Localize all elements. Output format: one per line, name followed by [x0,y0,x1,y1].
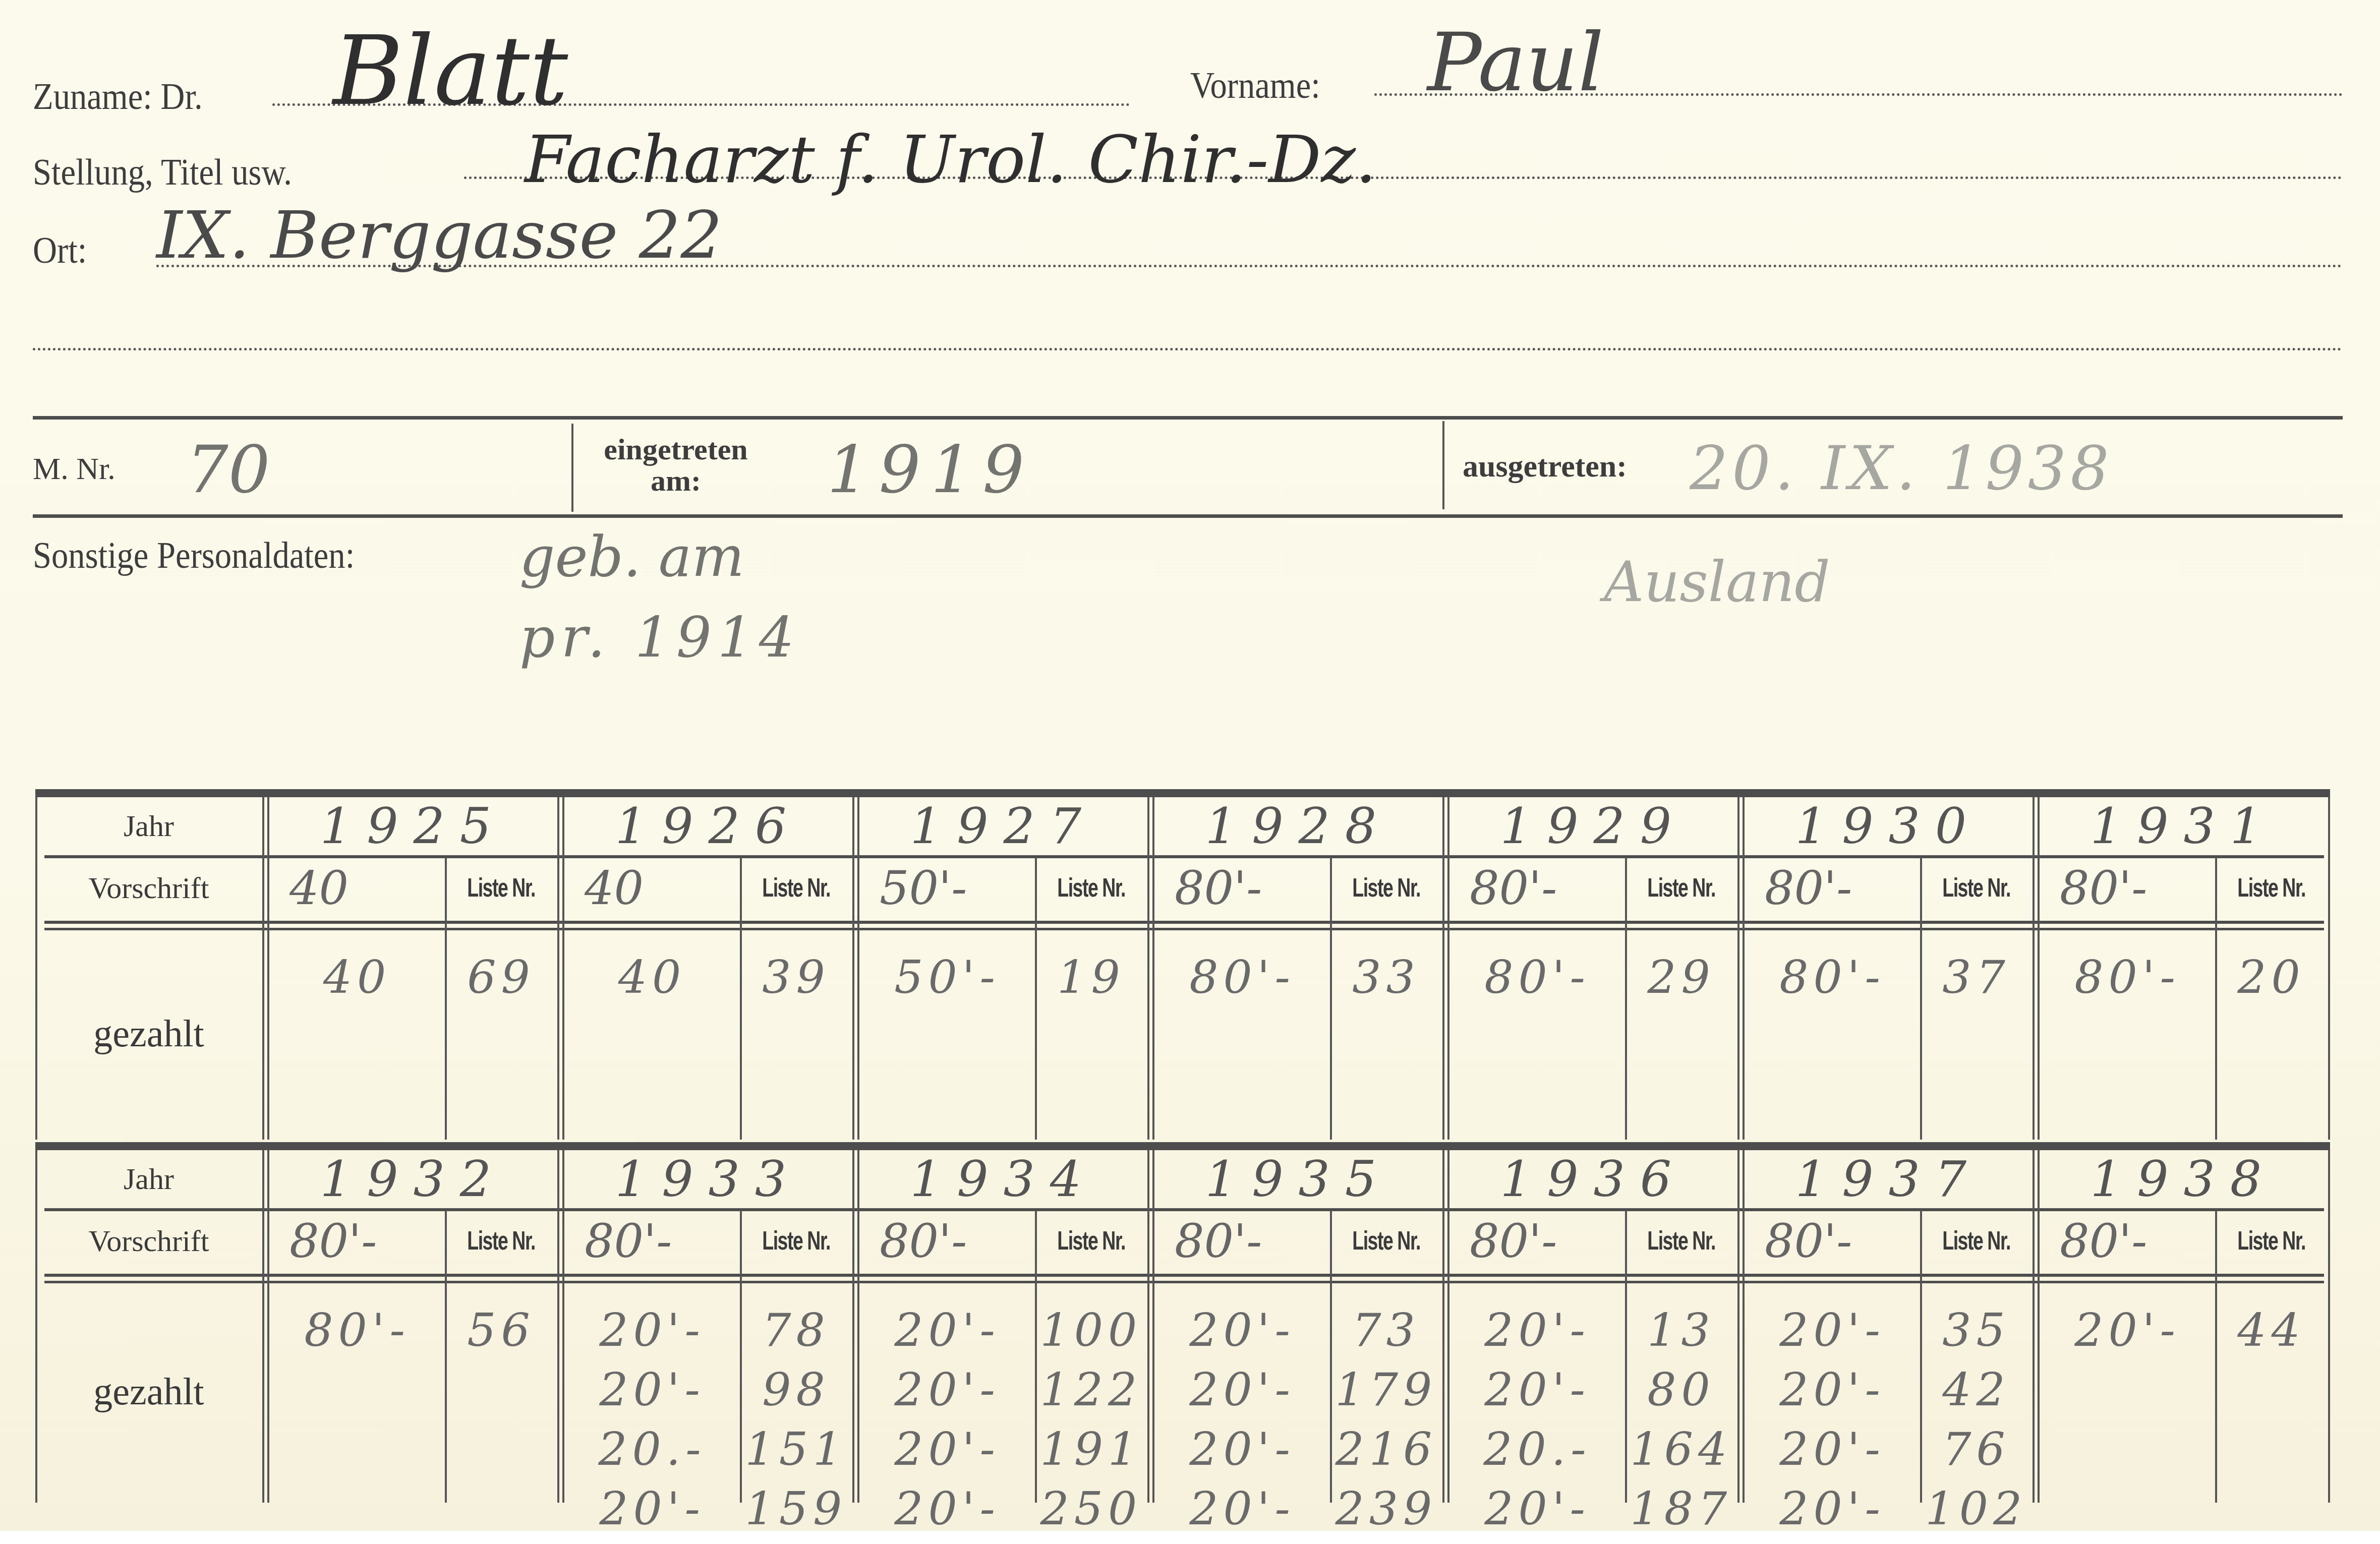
column-double-rule-a [262,1150,264,1503]
paid-amount: 20'- [1189,1479,1295,1539]
year-cell: 1928 [1154,797,1442,855]
paid-amounts-cell: 80'- [2040,928,2215,1140]
paid-amount: 50'- [894,948,1000,1007]
paid-amounts-cell: 80'- [1154,928,1330,1140]
paid-amounts-cell: 20'-20'-20.-20'- [564,1281,740,1503]
joined-label: eingetreten am: [600,434,751,496]
required-amount-cell: 80'- [1745,1208,1920,1274]
paid-list-number: 19 [1057,948,1125,1007]
required-amount-cell: 80'- [2040,1208,2215,1274]
paid-list-numbers-list: 20 [2215,948,2328,1007]
year-cell: 1930 [1745,797,2033,855]
paid-amounts-cell: 20'-20'-20'-20'- [1154,1281,1330,1503]
paid-list-number: 37 [1942,948,2010,1007]
joined-value: 1919 [827,431,1034,508]
paid-amounts-cell: 80'- [269,1281,445,1503]
paid-amount: 80'- [304,1301,410,1360]
required-amount-cell: 50'- [859,855,1035,921]
column-double-rule-a [262,797,264,1140]
row-label-required: Vorschrift [35,855,262,921]
column-double-rule-a [557,797,559,1140]
list-number-header: Liste Nr. [740,1208,852,1274]
paid-list-numbers-cell: 56 [445,1281,557,1503]
year-cell: 1937 [1745,1150,2033,1208]
paid-list-number: 159 [745,1479,847,1539]
required-amount-cell: 80'- [1449,855,1625,921]
place-label: Ort: [33,229,87,272]
paid-list-number: 122 [1040,1360,1142,1420]
column-double-rule-a [852,1150,854,1503]
column-double-rule-a [1442,797,1444,1140]
paid-amounts-list: 20'- [2040,1301,2215,1360]
paid-amount: 80'- [2074,948,2180,1007]
paid-amount: 20'- [1484,1479,1590,1539]
required-amount-cell: 40 [269,855,445,921]
paid-list-numbers-cell: 19 [1035,928,1147,1140]
left-value: 20. IX. 1938 [1690,434,2113,504]
column-double-rule-a [852,797,854,1140]
required-amount-cell: 40 [564,855,740,921]
band-bottom-rule [33,514,2343,518]
paid-list-numbers-list: 7898151159 [740,1301,852,1539]
paid-list-number: 250 [1040,1479,1142,1539]
paid-amounts-cell: 20'-20'-20'-20'- [859,1281,1035,1503]
left-label: ausgetreten: [1463,449,1627,485]
paid-list-number: 13 [1647,1301,1715,1360]
paid-amounts-list: 20'-20'-20.-20'- [564,1301,740,1539]
paid-amount: 20.- [598,1420,706,1479]
paid-list-numbers-list: 1380164187 [1625,1301,1737,1539]
band-top-rule [33,416,2343,420]
paid-amount: 80'- [1484,948,1590,1007]
paid-list-number: 44 [2237,1301,2305,1360]
paid-list-numbers-cell: 37 [1920,928,2033,1140]
paid-list-numbers-list: 39 [740,948,852,1007]
required-amount-cell: 80'- [1449,1208,1625,1274]
paid-amounts-cell: 80'- [1449,928,1625,1140]
paid-list-number: 33 [1352,948,1420,1007]
paid-amount: 20'- [1484,1360,1590,1420]
paid-amounts-list: 80'- [1745,948,1920,1007]
place-value: IX. Berggasse 22 [156,197,722,273]
paid-list-numbers-list: 354276102 [1920,1301,2033,1539]
required-amount-cell: 80'- [1745,855,1920,921]
column-double-rule-a [1737,797,1739,1140]
paid-list-numbers-cell: 29 [1625,928,1737,1140]
required-amount-cell: 80'- [564,1208,740,1274]
first-name-label: Vorname: [1190,65,1320,107]
paid-list-numbers-list: 73179216239 [1330,1301,1442,1539]
paid-amount: 20'- [1189,1360,1295,1420]
paid-list-numbers-list: 44 [2215,1301,2328,1360]
paid-list-number: 76 [1942,1420,2010,1479]
table-right-border [2328,1150,2330,1503]
list-number-header: Liste Nr. [445,855,557,921]
band-divider-2 [1442,421,1444,509]
paid-amounts-cell: 20'- [2040,1281,2215,1503]
paid-amount: 20'- [2074,1301,2180,1360]
paid-list-numbers-list: 29 [1625,948,1737,1007]
list-number-header: Liste Nr. [1330,1208,1442,1274]
membership-card: Zuname: Dr. Blatt Vorname: Paul Stellung… [0,0,2380,1544]
list-number-header: Liste Nr. [1625,1208,1737,1274]
paid-list-number: 73 [1352,1301,1420,1360]
paid-amounts-cell: 20'-20'-20.-20'- [1449,1281,1625,1503]
year-cell: 1931 [2040,797,2328,855]
paid-amount: 20'- [1779,1420,1885,1479]
paid-list-number: 98 [762,1360,830,1420]
list-number-header: Liste Nr. [1035,855,1147,921]
paid-list-numbers-cell: 354276102 [1920,1281,2033,1503]
paid-amount: 20'- [599,1479,705,1539]
paid-amount: 80'- [1779,948,1885,1007]
year-cell: 1927 [859,797,1147,855]
paid-list-numbers-cell: 73179216239 [1330,1281,1442,1503]
paid-amounts-list: 20'-20'-20'-20'- [1154,1301,1330,1539]
column-double-rule-a [1147,1150,1149,1503]
paid-amounts-cell: 80'- [1745,928,1920,1140]
paid-list-number: 39 [762,948,830,1007]
row-label-paid: gezahlt [35,1281,262,1503]
row-label-required: Vorschrift [35,1208,262,1274]
paid-list-numbers-list: 33 [1330,948,1442,1007]
other-data-line2: pr. 1914 [519,605,800,670]
table-right-border [2328,797,2330,1140]
list-number-header: Liste Nr. [1035,1208,1147,1274]
column-double-rule-a [1442,1150,1444,1503]
paid-amounts-cell: 20'-20'-20'-20'- [1745,1281,1920,1503]
column-double-rule-a [1147,797,1149,1140]
column-double-rule-a [2033,797,2035,1140]
list-number-header: Liste Nr. [740,855,852,921]
paid-amount: 20'- [599,1301,705,1360]
paid-amounts-cell: 40 [564,928,740,1140]
list-number-header: Liste Nr. [2215,855,2328,921]
other-data-note: Ausland [1604,550,1830,614]
paid-list-numbers-cell: 39 [740,928,852,1140]
year-cell: 1935 [1154,1150,1442,1208]
row-label-year: Jahr [35,797,262,855]
year-cell: 1933 [564,1150,852,1208]
paid-list-number: 35 [1942,1301,2010,1360]
band-divider-1 [571,424,573,512]
paid-list-numbers-list: 100122191250 [1035,1301,1147,1539]
paid-amount: 20'- [894,1360,1000,1420]
paid-list-number: 78 [762,1301,830,1360]
paid-amount: 80'- [1189,948,1295,1007]
member-no-label: M. Nr. [33,451,115,487]
first-name-value: Paul [1427,15,1604,109]
paid-list-numbers-list: 69 [445,948,557,1007]
paid-amount: 20'- [894,1420,1000,1479]
required-row-rule-1 [44,921,2324,924]
other-data-line1: geb. am [519,524,744,589]
required-amount-cell: 80'- [859,1208,1035,1274]
paid-amount: 20'- [1779,1479,1885,1539]
paid-list-number: 42 [1942,1360,2010,1420]
paid-list-number: 216 [1336,1420,1437,1479]
year-cell: 1938 [2040,1150,2328,1208]
position-value: Facharzt f. Urol. Chir.-Dz. [525,121,1376,198]
paid-list-number: 102 [1926,1479,2027,1539]
paid-list-numbers-cell: 7898151159 [740,1281,852,1503]
paid-list-number: 69 [467,948,535,1007]
paid-amount: 20'- [1189,1301,1295,1360]
paid-amount: 20.- [1483,1420,1591,1479]
paid-list-number: 239 [1336,1479,1437,1539]
paid-list-numbers-cell: 1380164187 [1625,1281,1737,1503]
required-amount-cell: 80'- [269,1208,445,1274]
other-data-label: Sonstige Personaldaten: [33,535,355,577]
position-label: Stellung, Titel usw. [33,151,292,194]
member-no-value: 70 [187,431,270,508]
paid-list-number: 151 [745,1420,847,1479]
required-amount-cell: 80'- [1154,855,1330,921]
paid-list-number: 20 [2237,948,2305,1007]
paid-amount: 20'- [1779,1360,1885,1420]
paid-list-number: 80 [1647,1360,1715,1420]
paid-amounts-list: 20'-20'-20'-20'- [859,1301,1035,1539]
paid-list-numbers-list: 37 [1920,948,2033,1007]
year-cell: 1934 [859,1150,1147,1208]
surname-label: Zuname: Dr. [33,76,203,118]
paid-amount: 20'- [1484,1301,1590,1360]
year-cell: 1926 [564,797,852,855]
paid-list-number: 56 [467,1301,535,1360]
paid-amounts-cell: 50'- [859,928,1035,1140]
paid-amount: 20'- [1779,1301,1885,1360]
paid-amounts-list: 80'- [1154,948,1330,1007]
paid-list-numbers-list: 56 [445,1301,557,1360]
blank-line [33,348,2343,350]
paid-list-number: 191 [1040,1420,1142,1479]
year-cell: 1925 [269,797,557,855]
paid-amounts-cell: 40 [269,928,445,1140]
paid-list-number: 187 [1631,1479,1732,1539]
paid-list-numbers-cell: 44 [2215,1281,2328,1503]
paid-list-number: 100 [1040,1301,1142,1360]
required-amount-cell: 80'- [2040,855,2215,921]
table-thick-rule [35,1142,2330,1150]
table-thick-rule [35,789,2330,797]
paid-amount: 20'- [599,1360,705,1420]
paid-list-number: 179 [1336,1360,1437,1420]
paid-amount: 40 [323,948,391,1007]
required-amount-cell: 80'- [1154,1208,1330,1274]
paid-amount: 40 [618,948,686,1007]
paid-amounts-list: 80'- [2040,948,2215,1007]
paid-amounts-list: 50'- [859,948,1035,1007]
paid-list-numbers-cell: 69 [445,928,557,1140]
list-number-header: Liste Nr. [1330,855,1442,921]
paid-amount: 20'- [1189,1420,1295,1479]
column-double-rule-a [557,1150,559,1503]
paid-list-numbers-cell: 33 [1330,928,1442,1140]
paid-amounts-list: 20'-20'-20'-20'- [1745,1301,1920,1539]
paid-amounts-list: 40 [269,948,445,1007]
paid-amount: 20'- [894,1301,1000,1360]
paid-amounts-list: 20'-20'-20.-20'- [1449,1301,1625,1539]
paid-list-number: 29 [1647,948,1715,1007]
list-number-header: Liste Nr. [2215,1208,2328,1274]
required-row-rule-1 [44,1274,2324,1277]
paid-amounts-list: 40 [564,948,740,1007]
year-cell: 1929 [1449,797,1737,855]
paid-amounts-list: 80'- [269,1301,445,1360]
list-number-header: Liste Nr. [1920,1208,2033,1274]
paid-list-numbers-cell: 100122191250 [1035,1281,1147,1503]
row-label-year: Jahr [35,1150,262,1208]
list-number-header: Liste Nr. [445,1208,557,1274]
column-double-rule-a [2033,1150,2035,1503]
list-number-header: Liste Nr. [1920,855,2033,921]
paid-amount: 20'- [894,1479,1000,1539]
paid-list-numbers-cell: 20 [2215,928,2328,1140]
surname-value: Blatt [333,15,568,127]
paid-list-numbers-list: 19 [1035,948,1147,1007]
row-label-paid: gezahlt [35,928,262,1140]
paid-amounts-list: 80'- [1449,948,1625,1007]
column-double-rule-a [1737,1150,1739,1503]
year-cell: 1932 [269,1150,557,1208]
paid-list-number: 164 [1631,1420,1732,1479]
year-cell: 1936 [1449,1150,1737,1208]
list-number-header: Liste Nr. [1625,855,1737,921]
